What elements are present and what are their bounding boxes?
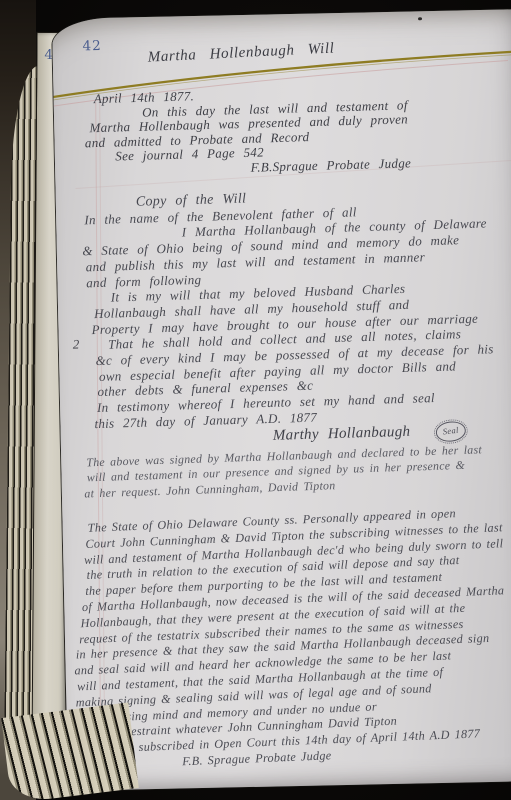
paper-speck [418, 17, 422, 20]
testator-signature: Marthy Hollanbaugh [273, 424, 411, 444]
ledger-photo: 40 42 Martha Hollenbaugh Will April 14th… [0, 0, 511, 800]
item-number-2: 2 [73, 337, 80, 353]
page-number-42: 42 [82, 38, 102, 54]
ledger-page: 42 Martha Hollenbaugh Will April 14th 18… [52, 9, 511, 791]
probate-entry: April 14th 1877. On this day the last wi… [89, 83, 412, 179]
page-edge-fan [1, 703, 139, 800]
seal-stamp: Seal [435, 419, 467, 442]
will-copy: Copy of the Will In the name of the Bene… [81, 184, 497, 451]
